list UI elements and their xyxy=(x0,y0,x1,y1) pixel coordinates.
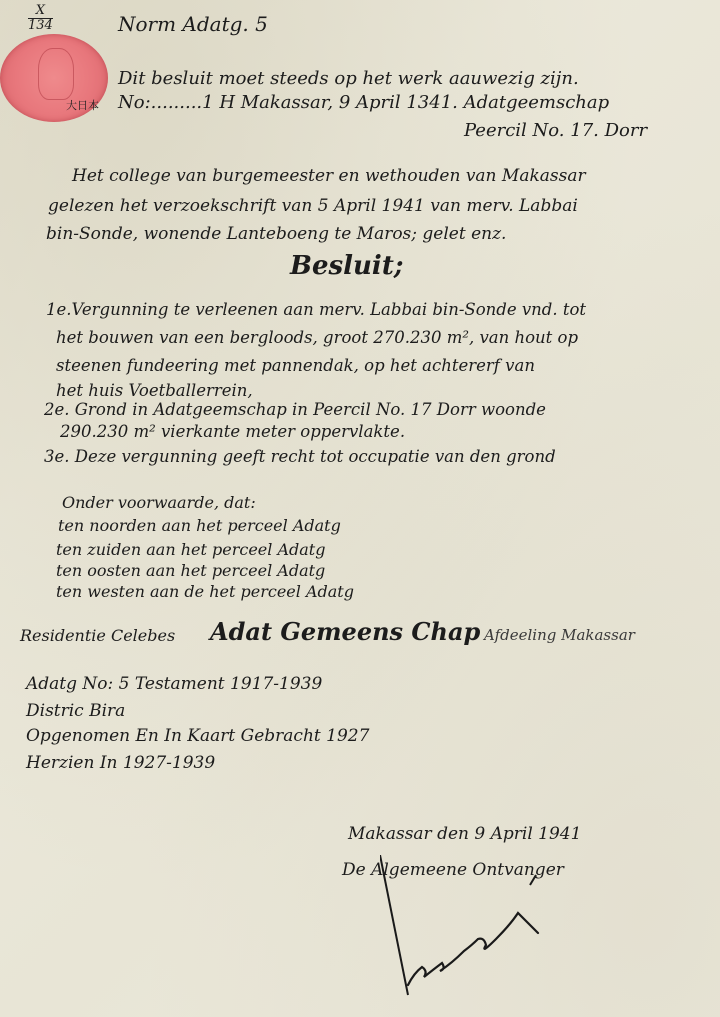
notice-line: Dit besluit moet steeds op het werk aauw… xyxy=(118,70,579,88)
condition-east: ten oosten aan het perceel Adatg xyxy=(56,563,325,579)
seal-characters: 大日本 xyxy=(66,100,99,111)
detail-district: Distric Bira xyxy=(26,703,125,720)
clause-line-5: 2e. Grond in Adatgeemschap in Peercil No… xyxy=(44,402,546,419)
seal-emblem-icon xyxy=(38,48,74,100)
condition-north: ten noorden aan het perceel Adatg xyxy=(58,518,341,534)
intro-line-3: bin-Sonde, wonende Lanteboeng te Maros; … xyxy=(46,226,506,243)
detail-revised: Herzien In 1927-1939 xyxy=(26,755,215,772)
number-line: No:.........1 H Makassar, 9 April 1341. … xyxy=(118,94,609,112)
decision-heading: Besluit; xyxy=(290,253,403,279)
form-title: Norm Adatg. 5 xyxy=(118,14,268,34)
clause-line-1: 1e.Vergunning te verleenen aan merv. Lab… xyxy=(46,302,586,319)
residency-suffix: Afdeeling Makassar xyxy=(484,628,635,643)
clause-line-4: het huis Voetballerrein, xyxy=(56,383,253,400)
detail-recorded: Opgenomen En In Kaart Gebracht 1927 xyxy=(26,728,369,745)
condition-west: ten westen aan de het perceel Adatg xyxy=(56,584,354,600)
clause-line-2: het bouwen van een bergloods, groot 270.… xyxy=(56,330,578,347)
clause-line-7: 3e. Deze vergunning geeft recht tot occu… xyxy=(44,449,556,466)
place-date: Makassar den 9 April 1941 xyxy=(348,826,581,843)
condition-south: ten zuiden aan het perceel Adatg xyxy=(56,542,325,558)
handwritten-signature: K.und. Sauk xyxy=(380,855,590,1015)
reference-numerator: X xyxy=(28,4,53,18)
signature-text: K.und. Sauk xyxy=(440,1004,447,1006)
residency-prefix: Residentie Celebes xyxy=(20,628,175,644)
reference-number: X 134 xyxy=(28,4,53,34)
intro-line-2: gelezen het verzoekschrift van 5 April 1… xyxy=(48,198,578,215)
residency-main: Adat Gemeens Chap xyxy=(210,620,480,644)
reference-denominator: 134 xyxy=(28,18,53,33)
intro-line-1: Het college van burgemeester en wethoude… xyxy=(72,168,586,185)
detail-adatg-number: Adatg No: 5 Testament 1917-1939 xyxy=(26,676,322,693)
clause-line-6: 290.230 m² vierkante meter oppervlakte. xyxy=(60,424,405,441)
parcel-line: Peercil No. 17. Dorr xyxy=(464,122,647,140)
clause-line-3: steenen fundeering met pannendak, op het… xyxy=(56,358,535,375)
conditions-intro: Onder voorwaarde, dat: xyxy=(62,495,256,511)
